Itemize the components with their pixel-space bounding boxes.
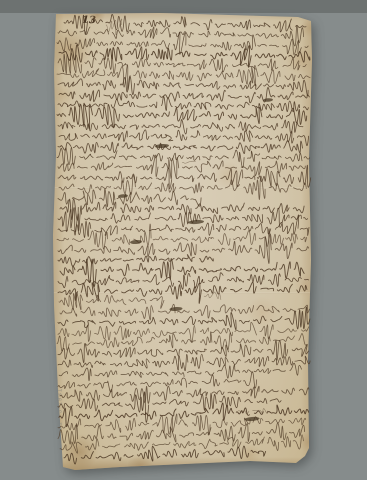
fold-crease [52, 187, 313, 189]
stain [213, 160, 243, 190]
stain [200, 350, 280, 430]
stain [164, 34, 216, 86]
stain [245, 295, 279, 329]
stain [293, 272, 319, 298]
stain [284, 44, 316, 76]
paper-shadow-wrap: 13 N51-73-1931 [0, 0, 367, 480]
fold-crease [52, 292, 313, 294]
stain [46, 26, 94, 74]
manuscript-page: 13 N51-73-1931 [52, 12, 313, 471]
archival-number: N51-73-1931 [58, 367, 67, 457]
stain [300, 18, 320, 38]
stain [173, 226, 237, 290]
stain [126, 452, 154, 480]
stain [51, 83, 75, 107]
stain [297, 431, 319, 453]
stain [238, 443, 262, 467]
stain [90, 300, 150, 360]
photo-backdrop: 13 N51-73-1931 [0, 0, 367, 480]
heading-date-figure: 13 [82, 15, 96, 26]
